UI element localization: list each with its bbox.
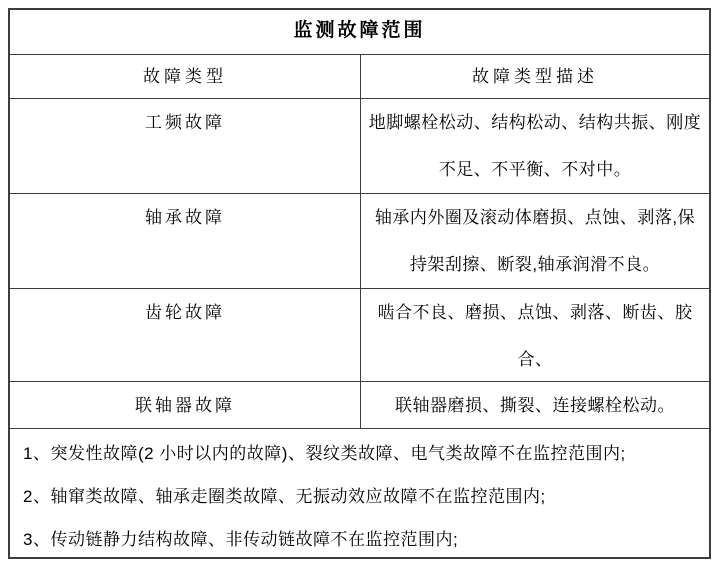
note-3: 3、传动链静力结构故障、非传动链故障不在监控范围内;	[23, 518, 699, 561]
fault-description-cell: 啮合不良、磨损、点蚀、剥落、断齿、胶合、 偏心、负载过大。	[360, 289, 709, 381]
notes-cell: 1、突发性故障(2 小时以内的故障)、裂纹类故障、电气类故障不在监控范围内; 2…	[10, 429, 709, 561]
fault-type-cell: 联轴器故障	[10, 382, 360, 428]
fault-scope-table: 监测故障范围 故障类型 故障类型描述 工频故障 地脚螺栓松动、结构松动、结构共振…	[8, 8, 711, 559]
fault-description-cell: 联轴器磨损、撕裂、连接螺栓松动。	[360, 382, 709, 428]
description-line: 持架刮擦、断裂,轴承润滑不良。	[363, 241, 707, 288]
description-line: 啮合不良、磨损、点蚀、剥落、断齿、胶合、	[363, 289, 707, 381]
table-title: 监测故障范围	[10, 10, 709, 54]
fault-description-cell: 地脚螺栓松动、结构松动、结构共振、刚度 不足、不平衡、不对中。	[360, 99, 709, 193]
description-line: 轴承内外圈及滚动体磨损、点蚀、剥落,保	[363, 194, 707, 241]
header-fault-type-description: 故障类型描述	[360, 55, 709, 98]
table-header-row: 故障类型 故障类型描述	[10, 54, 709, 98]
fault-type-cell: 工频故障	[10, 99, 360, 193]
table-title-row: 监测故障范围	[10, 10, 709, 54]
table-row-bearing-fault: 轴承故障 轴承内外圈及滚动体磨损、点蚀、剥落,保 持架刮擦、断裂,轴承润滑不良。	[10, 193, 709, 288]
fault-type-cell: 轴承故障	[10, 194, 360, 288]
description-line: 不足、不平衡、不对中。	[363, 146, 707, 193]
table-row-power-frequency-fault: 工频故障 地脚螺栓松动、结构松动、结构共振、刚度 不足、不平衡、不对中。	[10, 98, 709, 193]
note-1: 1、突发性故障(2 小时以内的故障)、裂纹类故障、电气类故障不在监控范围内;	[23, 432, 699, 475]
description-line: 联轴器磨损、撕裂、连接螺栓松动。	[363, 382, 707, 428]
table-row-gear-fault: 齿轮故障 啮合不良、磨损、点蚀、剥落、断齿、胶合、 偏心、负载过大。	[10, 288, 709, 381]
fault-type-cell: 齿轮故障	[10, 289, 360, 381]
fault-description-cell: 轴承内外圈及滚动体磨损、点蚀、剥落,保 持架刮擦、断裂,轴承润滑不良。	[360, 194, 709, 288]
note-2: 2、轴窜类故障、轴承走圈类故障、无振动效应故障不在监控范围内;	[23, 475, 699, 518]
description-line: 地脚螺栓松动、结构松动、结构共振、刚度	[363, 99, 707, 146]
table-notes-row: 1、突发性故障(2 小时以内的故障)、裂纹类故障、电气类故障不在监控范围内; 2…	[10, 428, 709, 561]
header-fault-type: 故障类型	[10, 55, 360, 98]
table-row-coupling-fault: 联轴器故障 联轴器磨损、撕裂、连接螺栓松动。	[10, 381, 709, 428]
